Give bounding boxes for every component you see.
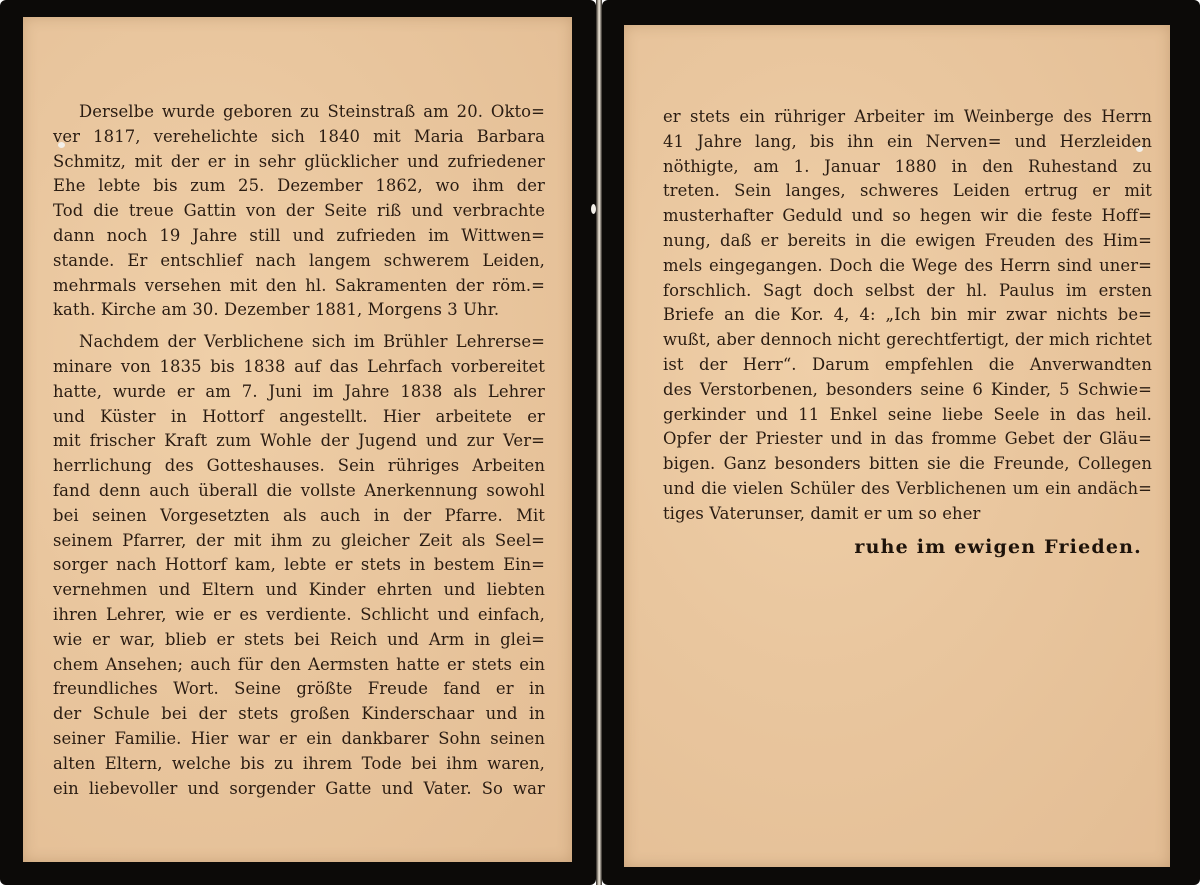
text-line: ver 1817, verehelichte sich 1840 mit Mar… (53, 125, 545, 150)
text-line: forschlich. Sagt doch selbst der hl. Pau… (663, 279, 1152, 304)
text-line: fand denn auch überall die vollste Anerk… (53, 479, 545, 504)
text-line: stande. Er entschlief nach langem schwer… (53, 249, 545, 274)
right-page-text: er stets ein rühriger Arbeiter im Weinbe… (663, 105, 1152, 559)
paragraph-gap (53, 323, 545, 330)
text-line: treten. Sein langes, schweres Leiden ert… (663, 179, 1152, 204)
text-line: vernehmen und Eltern und Kinder ehrten u… (53, 578, 545, 603)
text-line: ist der Herr“. Darum empfehlen die Anver… (663, 353, 1152, 378)
left-page-text: Derselbe wurde geboren zu Steinstraß am … (53, 100, 545, 801)
text-line: Derselbe wurde geboren zu Steinstraß am … (53, 100, 545, 125)
text-line: Schmitz, mit der er in sehr glücklicher … (53, 150, 545, 175)
text-line: ihren Lehrer, wie er es verdiente. Schli… (53, 603, 545, 628)
text-line: herrlichung des Gotteshauses. Sein rühri… (53, 454, 545, 479)
text-line: ein liebevoller und sorgender Gatte und … (53, 777, 545, 802)
text-line: nung, daß er bereits in die ewigen Freud… (663, 229, 1152, 254)
text-line: Briefe an die Kor. 4, 4: „Ich bin mir zw… (663, 303, 1152, 328)
closing-blessing: ruhe im ewigen Frieden. (663, 535, 1152, 560)
text-line: chem Ansehen; auch für den Aermsten hatt… (53, 653, 545, 678)
text-line: gerkinder und 11 Enkel seine liebe Seele… (663, 403, 1152, 428)
text-line: 41 Jahre lang, bis ihn ein Nerven= und H… (663, 130, 1152, 155)
text-line: seinem Pfarrer, der mit ihm zu gleicher … (53, 529, 545, 554)
text-line: Ehe lebte bis zum 25. Dezember 1862, wo … (53, 174, 545, 199)
text-line: musterhafter Geduld und so hegen wir die… (663, 204, 1152, 229)
paragraph-birth-death: Derselbe wurde geboren zu Steinstraß am … (53, 100, 545, 323)
text-line: hatte, wurde er am 7. Juni im Jahre 1838… (53, 380, 545, 405)
text-line: dann noch 19 Jahre still und zufrieden i… (53, 224, 545, 249)
text-line: tiges Vaterunser, damit er um so eher (663, 502, 1152, 527)
text-line: Opfer der Priester und in das fromme Geb… (663, 427, 1152, 452)
text-line: kath. Kirche am 30. Dezember 1881, Morge… (53, 298, 545, 323)
text-line: nöthigte, am 1. Januar 1880 in den Ruhes… (663, 155, 1152, 180)
text-line: Nachdem der Verblichene sich im Brühler … (53, 330, 545, 355)
text-line: er stets ein rühriger Arbeiter im Weinbe… (663, 105, 1152, 130)
text-line: Tod die treue Gattin von der Seite riß u… (53, 199, 545, 224)
text-line: alten Eltern, welche bis zu ihrem Tode b… (53, 752, 545, 777)
text-line: mit frischer Kraft zum Wohle der Jugend … (53, 429, 545, 454)
text-line: der Schule bei der stets großen Kindersc… (53, 702, 545, 727)
text-line: minare von 1835 bis 1838 auf das Lehrfac… (53, 355, 545, 380)
text-line: und Küster in Hottorf angestellt. Hier a… (53, 405, 545, 430)
text-line: bei seinen Vorgesetzten als auch in der … (53, 504, 545, 529)
text-line: und die vielen Schüler des Verblichenen … (663, 477, 1152, 502)
text-line: bigen. Ganz besonders bitten sie die Fre… (663, 452, 1152, 477)
text-line: freundliches Wort. Seine größte Freude f… (53, 677, 545, 702)
text-line: mels eingegangen. Doch die Wege des Herr… (663, 254, 1152, 279)
text-line: seiner Familie. Hier war er ein dankbare… (53, 727, 545, 752)
text-line: sorger nach Hottorf kam, lebte er stets … (53, 553, 545, 578)
paragraph-career: Nachdem der Verblichene sich im Brühler … (53, 330, 545, 801)
text-line: mehrmals versehen mit den hl. Sakramente… (53, 274, 545, 299)
text-line: wußt, aber dennoch nicht gerechtfertigt,… (663, 328, 1152, 353)
text-line: wie er war, blieb er stets bei Reich und… (53, 628, 545, 653)
paper-damage-spot (591, 204, 596, 214)
text-line: des Verstorbenen, besonders seine 6 Kind… (663, 378, 1152, 403)
